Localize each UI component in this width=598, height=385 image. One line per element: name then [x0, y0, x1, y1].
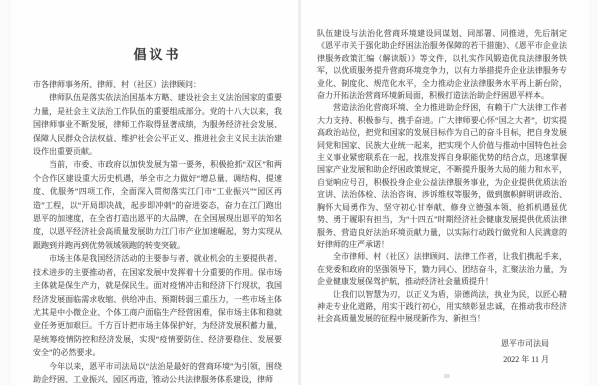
page-number-right: 10 — [301, 374, 592, 380]
signature-org: 恩平市司法局 — [317, 336, 549, 352]
paragraph: 营造法治化营商环境、全力推进助企纾困，有赖于广大法律工作者大力支持、积极参与、携… — [317, 102, 567, 251]
paragraph: 今年以来，恩平市司法局以“法治是最好的营商环境”为引领，围绕助企纾困、工业振兴、… — [33, 360, 282, 385]
paragraph: 律师队伍是落实依法治国基本方略、建设社会主义法治国家的重要力量，是社会主义法治工… — [33, 91, 282, 158]
paragraph: 让我们以智慧为刃，以正义为盾，崇德尚法，执业为民，以匠心精神走专业化道路，用实干… — [317, 289, 567, 326]
paragraph: 当前，市委、市政府以加快发展为第一要务，积极抢抓“双区”和两个合作区建设重大历史… — [33, 158, 282, 252]
paragraph: 市场主体是我国经济活动的主要参与者、就业机会的主要提供者、技术进步的主要推动者，… — [33, 252, 282, 359]
page-number-left: 9 — [8, 374, 298, 380]
salutation: 市各律师事务所、律师、村（社区）法律顾问： — [33, 78, 282, 91]
document-spread: 倡议书 市各律师事务所、律师、村（社区）法律顾问： 律师队伍是落实依法治国基本方… — [0, 0, 598, 385]
page-right-body: 队伍建设与法治化营商环境建设同谋划、同部署、同推进，先后制定《恩平市关于强化助企… — [317, 28, 567, 368]
signature-date: 2022 年 11 月 — [317, 352, 549, 368]
signature-block: 恩平市司法局 2022 年 11 月 — [317, 336, 567, 368]
document-title: 倡议书 — [33, 44, 282, 63]
document-page-right: 队伍建设与法治化营商环境建设同谋划、同部署、同推进，先后制定《恩平市关于强化助企… — [301, 0, 592, 385]
page-left-body: 市各律师事务所、律师、村（社区）法律顾问： 律师队伍是落实依法治国基本方略、建设… — [33, 78, 282, 385]
paragraph-continuation: 队伍建设与法治化营商环境建设同谋划、同部署、同推进，先后制定《恩平市关于强化助企… — [317, 28, 567, 102]
paragraph: 全市律师、村（社区）法律顾问、法律工作者，让我们携起手来，在党委和政府的坚强领导… — [317, 251, 567, 288]
document-page-left: 倡议书 市各律师事务所、律师、村（社区）法律顾问： 律师队伍是落实依法治国基本方… — [8, 0, 298, 385]
